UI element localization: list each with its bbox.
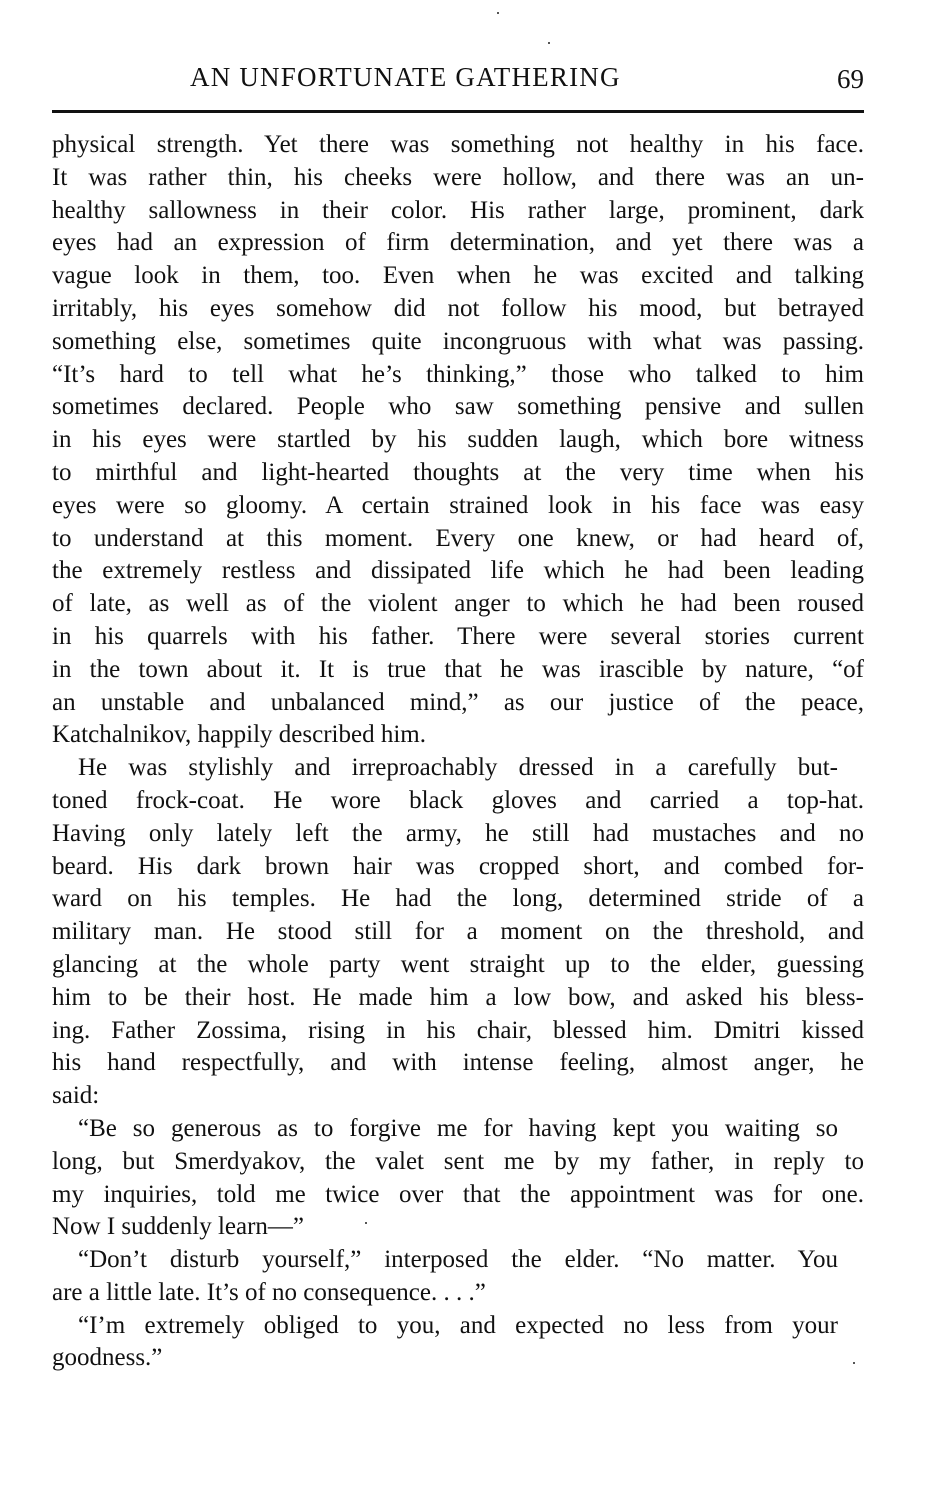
text-line-content: in his quarrels with his father. There w… — [52, 621, 864, 654]
text-line: in his eyes were startled by his sudden … — [52, 424, 864, 457]
text-line: to understand at this moment. Every one … — [52, 523, 864, 556]
page-number: 69 — [837, 64, 864, 95]
text-line-content: He was stylishly and irreproachably dres… — [78, 752, 838, 785]
text-line-content: healthy sallowness in their color. His r… — [52, 195, 864, 228]
text-line: goodness.” — [52, 1342, 864, 1375]
text-line: are a little late. It’s of no consequenc… — [52, 1277, 864, 1310]
text-line-content: “Be so generous as to forgive me for hav… — [78, 1113, 838, 1146]
text-line-content: ward on his temples. He had the long, de… — [52, 883, 864, 916]
text-line: eyes had an expression of firm determina… — [52, 227, 864, 260]
text-line: “It’s hard to tell what he’s thinking,” … — [52, 359, 864, 392]
text-line: military man. He stood still for a momen… — [52, 916, 864, 949]
text-line-content: Katchalnikov, happily described him. — [52, 719, 864, 752]
text-line-content: eyes had an expression of firm determina… — [52, 227, 864, 260]
text-line: something else, sometimes quite incongru… — [52, 326, 864, 359]
text-line-content: the extremely restless and dissipated li… — [52, 555, 864, 588]
scan-speck — [853, 1362, 855, 1364]
scan-speck — [365, 1222, 367, 1224]
text-line: toned frock-coat. He wore black gloves a… — [52, 785, 864, 818]
text-line-content: military man. He stood still for a momen… — [52, 916, 864, 949]
text-line: him to be their host. He made him a low … — [52, 982, 864, 1015]
text-line-content: “I’m extremely obliged to you, and expec… — [78, 1310, 838, 1343]
text-line-content: are a little late. It’s of no consequenc… — [52, 1277, 864, 1310]
text-line: It was rather thin, his cheeks were holl… — [52, 162, 864, 195]
text-line-content: Now I suddenly learn—” — [52, 1211, 864, 1244]
text-line: in the town about it. It is true that he… — [52, 654, 864, 687]
text-line: eyes were so gloomy. A certain strained … — [52, 490, 864, 523]
text-line-content: goodness.” — [52, 1342, 864, 1375]
text-line-content: sometimes declared. People who saw somet… — [52, 391, 864, 424]
text-line-content: It was rather thin, his cheeks were holl… — [52, 162, 864, 195]
text-line: said: — [52, 1080, 864, 1113]
text-line: Katchalnikov, happily described him. — [52, 719, 864, 752]
text-line-content: eyes were so gloomy. A certain strained … — [52, 490, 864, 523]
text-line: of late, as well as of the violent anger… — [52, 588, 864, 621]
text-line: healthy sallowness in their color. His r… — [52, 195, 864, 228]
text-line: to mirthful and light-hearted thoughts a… — [52, 457, 864, 490]
text-line: physical strength. Yet there was somethi… — [52, 129, 864, 162]
text-line-content: Having only lately left the army, he sti… — [52, 818, 864, 851]
text-line-content: of late, as well as of the violent anger… — [52, 588, 864, 621]
text-line: He was stylishly and irreproachably dres… — [52, 752, 864, 785]
text-line-content: something else, sometimes quite incongru… — [52, 326, 864, 359]
text-line-content: vague look in them, too. Even when he wa… — [52, 260, 864, 293]
text-line-content: long, but Smerdyakov, the valet sent me … — [52, 1146, 864, 1179]
text-line: ward on his temples. He had the long, de… — [52, 883, 864, 916]
text-line: “Be so generous as to forgive me for hav… — [52, 1113, 864, 1146]
text-line-content: “Don’t disturb yourself,” interposed the… — [78, 1244, 838, 1277]
text-line-content: physical strength. Yet there was somethi… — [52, 129, 864, 162]
text-line: “I’m extremely obliged to you, and expec… — [52, 1310, 864, 1343]
text-line: “Don’t disturb yourself,” interposed the… — [52, 1244, 864, 1277]
scan-speck — [548, 42, 550, 44]
text-line-content: in his eyes were startled by his sudden … — [52, 424, 864, 457]
text-line: the extremely restless and dissipated li… — [52, 555, 864, 588]
text-line: Having only lately left the army, he sti… — [52, 818, 864, 851]
text-line-content: ing. Father Zossima, rising in his chair… — [52, 1015, 864, 1048]
text-line-content: his hand respectfully, and with intense … — [52, 1047, 864, 1080]
text-line-content: in the town about it. It is true that he… — [52, 654, 864, 687]
text-line-content: my inquiries, told me twice over that th… — [52, 1179, 864, 1212]
page-header: AN UNFORTUNATE GATHERING 69 — [52, 62, 864, 102]
text-line: vague look in them, too. Even when he wa… — [52, 260, 864, 293]
text-line: his hand respectfully, and with intense … — [52, 1047, 864, 1080]
scan-speck — [497, 12, 499, 14]
text-line: ing. Father Zossima, rising in his chair… — [52, 1015, 864, 1048]
text-line-content: to mirthful and light-hearted thoughts a… — [52, 457, 864, 490]
text-line: Now I suddenly learn—” — [52, 1211, 864, 1244]
body-text: physical strength. Yet there was somethi… — [52, 129, 864, 1375]
text-line-content: him to be their host. He made him a low … — [52, 982, 864, 1015]
text-line-content: said: — [52, 1080, 864, 1113]
text-line-content: glancing at the whole party went straigh… — [52, 949, 864, 982]
text-line-content: to understand at this moment. Every one … — [52, 523, 864, 556]
text-line-content: beard. His dark brown hair was cropped s… — [52, 851, 864, 884]
text-line: long, but Smerdyakov, the valet sent me … — [52, 1146, 864, 1179]
text-line: in his quarrels with his father. There w… — [52, 621, 864, 654]
text-line: my inquiries, told me twice over that th… — [52, 1179, 864, 1212]
text-line-content: toned frock-coat. He wore black gloves a… — [52, 785, 864, 818]
text-line: glancing at the whole party went straigh… — [52, 949, 864, 982]
text-line-content: irritably, his eyes somehow did not foll… — [52, 293, 864, 326]
text-line: sometimes declared. People who saw somet… — [52, 391, 864, 424]
text-line: beard. His dark brown hair was cropped s… — [52, 851, 864, 884]
running-head: AN UNFORTUNATE GATHERING — [190, 62, 621, 93]
text-line-content: “It’s hard to tell what he’s thinking,” … — [52, 359, 864, 392]
text-line-content: an unstable and unbalanced mind,” as our… — [52, 687, 864, 720]
header-rule — [52, 110, 864, 113]
text-line: irritably, his eyes somehow did not foll… — [52, 293, 864, 326]
text-line: an unstable and unbalanced mind,” as our… — [52, 687, 864, 720]
